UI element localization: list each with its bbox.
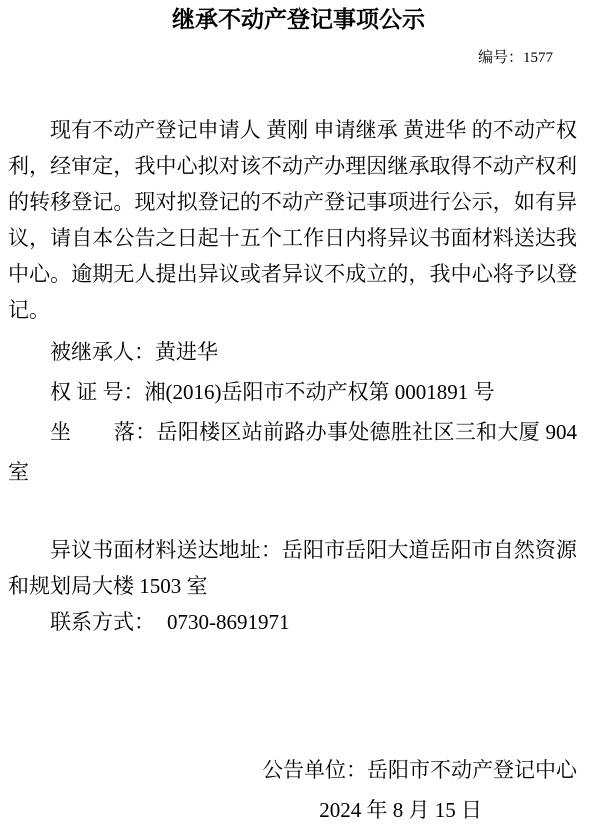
page-title: 继承不动产登记事项公示: [0, 0, 597, 34]
footer: 公告单位：岳阳市不动产登记中心 2024 年 8 月 15 日: [8, 750, 577, 830]
field-decedent: 被继承人：黄进华: [8, 332, 577, 372]
field-certificate-number: 权 证 号：湘(2016)岳阳市不动产权第 0001891 号: [8, 372, 577, 412]
announcing-unit-line: 公告单位：岳阳市不动产登记中心: [8, 750, 577, 790]
doc-number: 编号：1577: [0, 50, 597, 66]
field-decedent-label: 被继承人：: [50, 340, 155, 364]
contact-label: 联系方式：: [50, 610, 155, 634]
doc-number-value: 1577: [523, 50, 553, 66]
intro-paragraph: 现有不动产登记申请人 黄刚 申请继承 黄进华 的不动产权利，经审定，我中心拟对该…: [8, 112, 577, 328]
announcement-date: 2024 年 8 月 15 日: [8, 790, 577, 830]
field-certificate-number-value: 湘(2016)岳阳市不动产权第 0001891 号: [145, 380, 495, 404]
objection-address-line: 异议书面材料送达地址：岳阳市岳阳大道岳阳市自然资源和规划局大楼 1503 室: [8, 532, 577, 604]
announcing-unit-label: 公告单位：: [262, 758, 367, 782]
field-location: 坐 落：岳阳楼区站前路办事处德胜社区三和大厦 904 室: [8, 412, 577, 492]
field-certificate-number-label: 权 证 号：: [50, 380, 145, 404]
field-decedent-value: 黄进华: [155, 340, 218, 364]
contact-phone-number: 0730-8691971: [167, 610, 290, 634]
announcing-unit-value: 岳阳市不动产登记中心: [367, 758, 577, 782]
doc-number-label: 编号：: [478, 50, 523, 66]
inheritance-notice-document: 继承不动产登记事项公示 编号：1577 现有不动产登记申请人 黄刚 申请继承 黄…: [0, 0, 597, 830]
field-location-label: 坐 落：: [50, 420, 157, 444]
contact-line: 联系方式：0730-8691971: [8, 604, 577, 640]
objection-address-label: 异议书面材料送达地址：: [50, 538, 282, 562]
document-body: 现有不动产登记申请人 黄刚 申请继承 黄进华 的不动产权利，经审定，我中心拟对该…: [8, 112, 577, 830]
